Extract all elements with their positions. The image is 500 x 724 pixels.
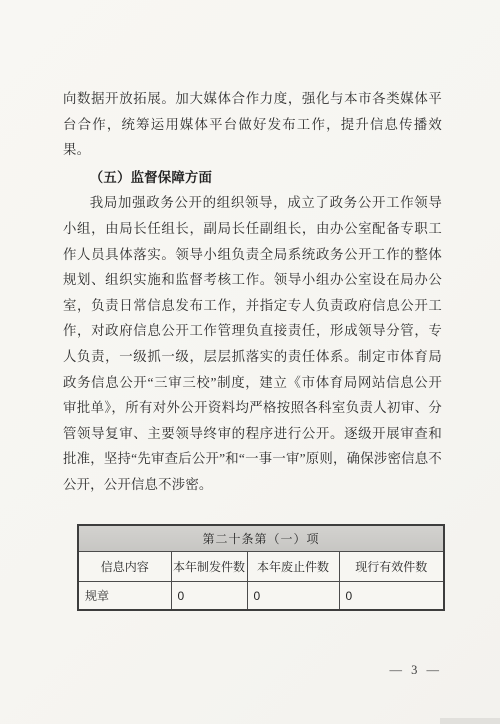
col-header-issued-this-year: 本年制发件数 — [171, 552, 247, 582]
table-span-header-row: 第二十条第（一）项 — [78, 525, 444, 552]
paragraph-supervision-measures: 我局加强政务公开的组织领导，成立了政务公开工作领导小组，由局长任组长，副局长任副… — [63, 190, 442, 497]
cell-issued-count: 0 — [171, 582, 247, 611]
section-5-heading: （五）监督保障方面 — [63, 165, 442, 191]
table-span-header: 第二十条第（一）项 — [78, 525, 444, 552]
document-body: 向数据开放拓展。加大媒体合作力度，强化与本市各类媒体平台合作，统筹运用媒体平台做… — [63, 86, 442, 546]
cell-info-content: 规章 — [78, 582, 171, 611]
table-row-regulations: 规章 0 0 0 — [78, 582, 444, 611]
scanned-document-page: 向数据开放拓展。加大媒体合作力度，强化与本市各类媒体平台合作，统筹运用媒体平台做… — [0, 0, 500, 724]
paragraph-continuation: 向数据开放拓展。加大媒体合作力度，强化与本市各类媒体平台合作，统筹运用媒体平台做… — [63, 86, 442, 163]
scan-edge-artifact — [440, 718, 500, 724]
table-column-header-row: 信息内容 本年制发件数 本年废止件数 现行有效件数 — [78, 552, 444, 582]
col-header-currently-valid: 现行有效件数 — [339, 552, 444, 582]
col-header-info-content: 信息内容 — [78, 552, 171, 582]
col-header-repealed-this-year: 本年废止件数 — [247, 552, 339, 582]
cell-valid-count: 0 — [339, 582, 444, 611]
cell-repealed-count: 0 — [247, 582, 339, 611]
proactive-disclosure-table: 第二十条第（一）项 信息内容 本年制发件数 本年废止件数 现行有效件数 规章 0… — [77, 524, 445, 611]
page-number: — 3 — — [390, 663, 443, 678]
